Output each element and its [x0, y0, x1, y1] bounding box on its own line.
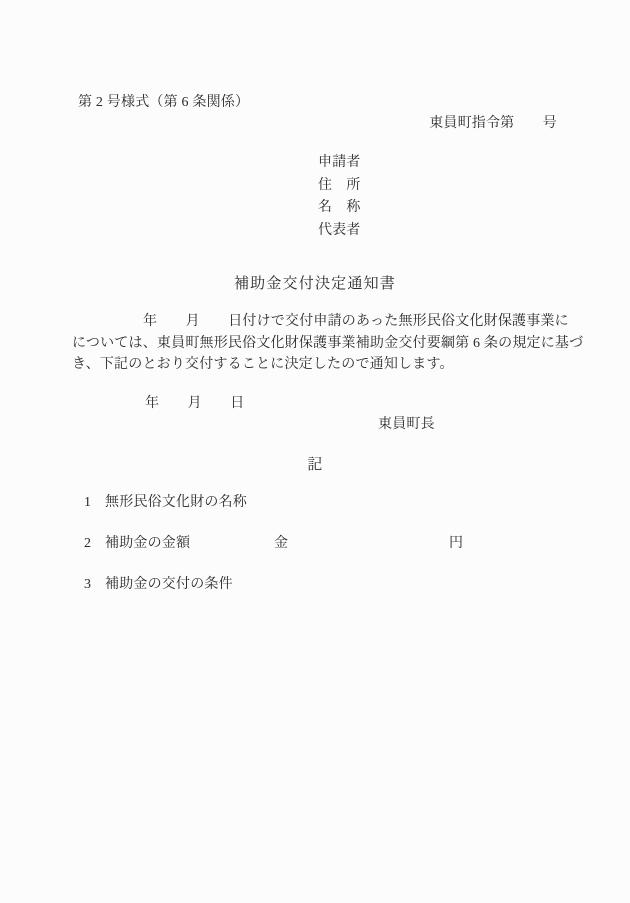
item-1-label: 無形民俗文化財の名称 — [105, 496, 247, 510]
form-number: 第 2 号様式（第 6 条関係） — [78, 96, 249, 110]
document-title: 補助金交付決定通知書 — [0, 277, 630, 292]
directive-number: 東員町指令第 号 — [429, 117, 557, 131]
item-1-number: 1 — [84, 496, 91, 510]
body-paragraph-line-2: については、東員町無形民俗文化財保護事業補助金交付要綱第 6 条の規定に基づ — [72, 337, 583, 351]
body-paragraph-line-3: き、下記のとおり交付することに決定したので通知します。 — [72, 358, 454, 372]
body-paragraph-line-1: 年 月 日付けで交付申請のあった無形民俗文化財保護事業に — [143, 315, 569, 329]
amount-suffix: 円 — [449, 537, 463, 551]
item-2-number: 2 — [84, 537, 91, 551]
date-line: 年 月 日 — [145, 397, 244, 411]
item-3-number: 3 — [84, 578, 91, 592]
amount-prefix: 金 — [274, 537, 288, 551]
document-page: 第 2 号様式（第 6 条関係） 東員町指令第 号 申請者 住 所 名 称 代表… — [0, 0, 630, 903]
address-label: 住 所 — [318, 179, 361, 193]
applicant-label: 申請者 — [318, 156, 361, 170]
mayor-signature: 東員町長 — [378, 418, 435, 432]
name-label: 名 称 — [318, 201, 361, 215]
representative-label: 代表者 — [318, 224, 361, 238]
record-marker: 記 — [0, 458, 630, 473]
item-3-label: 補助金の交付の条件 — [105, 578, 233, 592]
item-2-label: 補助金の金額 — [105, 537, 190, 551]
